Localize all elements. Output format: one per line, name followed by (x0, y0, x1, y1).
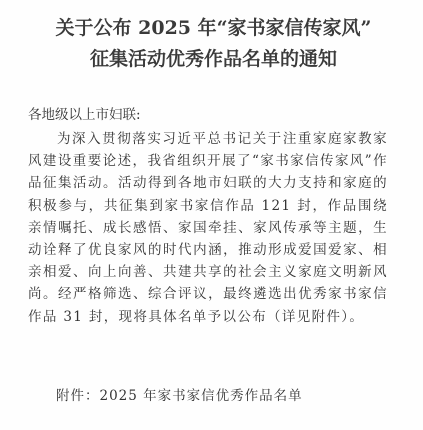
document-title-line-2: 征集活动优秀作品名单的通知 (2, 48, 423, 70)
salutation: 各地级以上市妇联: (28, 106, 141, 124)
body-paragraph: 为深入贯彻落实习近平总书记关于注重家庭家教家风建设重要论述，我省组织开展了“家书… (28, 128, 388, 328)
document-title-line-1: 关于公布 2025 年“家书家信传家风” (2, 17, 423, 39)
attachment-note: 附件：2025 年家书家信优秀作品名单 (56, 387, 303, 405)
